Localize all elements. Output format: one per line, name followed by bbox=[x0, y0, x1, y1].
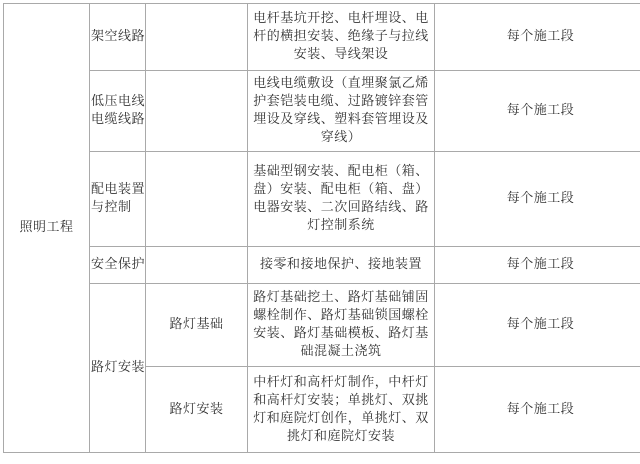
content-cell: 中杆灯和高杆灯制作，中杆灯和高杆灯安装；单挑灯、双挑灯和庭院灯创作，单挑灯、双挑… bbox=[248, 367, 435, 453]
sub-project-cell: 低压电线电缆线路 bbox=[90, 71, 146, 152]
sub-project-cell: 路灯安装 bbox=[90, 284, 146, 453]
table-row: 照明工程 架空线路 电杆基坑开挖、电杆埋设、电杆的横担安装、绝缘子与拉线安装、导… bbox=[4, 4, 640, 71]
sub-project-cell: 配电装置与控制 bbox=[90, 152, 146, 247]
category-cell: 照明工程 bbox=[4, 4, 90, 453]
batch-cell: 每个施工段 bbox=[435, 71, 640, 152]
inspection-batch-table: 照明工程 架空线路 电杆基坑开挖、电杆埋设、电杆的横担安装、绝缘子与拉线安装、导… bbox=[3, 3, 640, 453]
table-row: 配电装置与控制 基础型钢安装、配电柜（箱、盘）安装、配电柜（箱、盘）电器安装、二… bbox=[4, 152, 640, 247]
item-cell: 路灯基础 bbox=[146, 284, 248, 367]
batch-cell: 每个施工段 bbox=[435, 367, 640, 453]
table-row: 路灯安装 路灯基础 路灯基础挖土、路灯基础铺固螺栓制作、路灯基础锁国螺栓安装、路… bbox=[4, 284, 640, 367]
batch-cell: 每个施工段 bbox=[435, 284, 640, 367]
batch-cell: 每个施工段 bbox=[435, 247, 640, 284]
batch-cell: 每个施工段 bbox=[435, 152, 640, 247]
item-cell bbox=[146, 71, 248, 152]
content-cell: 接零和接地保护、接地装置 bbox=[248, 247, 435, 284]
item-cell bbox=[146, 4, 248, 71]
item-cell: 路灯安装 bbox=[146, 367, 248, 453]
table-row: 低压电线电缆线路 电线电缆敷设（直埋聚氯乙烯护套铠装电缆、过路镀锌套管埋设及穿线… bbox=[4, 71, 640, 152]
item-cell bbox=[146, 247, 248, 284]
table-row: 安全保护 接零和接地保护、接地装置 每个施工段 bbox=[4, 247, 640, 284]
sub-project-cell: 安全保护 bbox=[90, 247, 146, 284]
sub-project-cell: 架空线路 bbox=[90, 4, 146, 71]
content-cell: 基础型钢安装、配电柜（箱、盘）安装、配电柜（箱、盘）电器安装、二次回路结线、路灯… bbox=[248, 152, 435, 247]
batch-cell: 每个施工段 bbox=[435, 4, 640, 71]
content-cell: 电线电缆敷设（直埋聚氯乙烯护套铠装电缆、过路镀锌套管埋设及穿线、塑料套管埋设及穿… bbox=[248, 71, 435, 152]
content-cell: 电杆基坑开挖、电杆埋设、电杆的横担安装、绝缘子与拉线安装、导线架设 bbox=[248, 4, 435, 71]
item-cell bbox=[146, 152, 248, 247]
content-cell: 路灯基础挖土、路灯基础铺固螺栓制作、路灯基础锁国螺栓安装、路灯基础模板、路灯基础… bbox=[248, 284, 435, 367]
